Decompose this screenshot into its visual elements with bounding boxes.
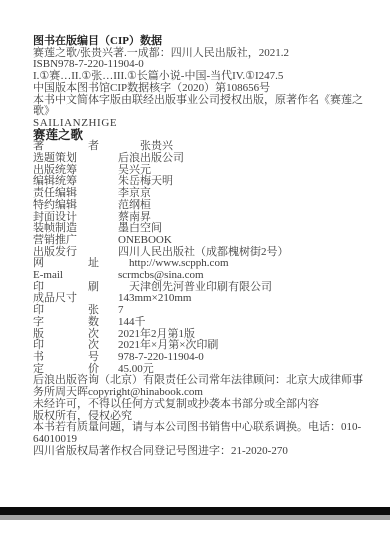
cip-line: 本书中文简体字版由联经出版事业公司授权出版，原著作名《赛莲之 [33,95,373,107]
colophon-row: 印 刷 天津创先河普业印刷有限公司 [33,282,373,294]
colophon-value: ONEBOOK [118,235,172,247]
colophon-label: 特约编辑 [33,200,118,212]
colophon-table: 著 者 张贵兴选题策划后浪出版公司出版统筹吴兴元编辑统筹朱岳梅天明责任编辑李京京… [33,141,373,375]
colophon-row: 责任编辑李京京 [33,188,373,200]
cip-line: 中国版本图书馆CIP数据核字（2020）第108656号 [33,83,373,95]
colophon-row: 字 数144千 [33,317,373,329]
legal-line: 64010019 [33,434,373,446]
colophon-row: E-mailscrmcbs@sina.com [33,270,373,282]
book-copyright-page: 图书在版编目（CIP）数据 赛莲之歌/张贵兴著.一成都：四川人民出版社，2021… [0,0,390,546]
cip-record: 赛莲之歌/张贵兴著.一成都：四川人民出版社，2021.2ISBN978-7-22… [33,48,373,118]
colophon-row: 封面设计蔡南昇 [33,212,373,224]
colophon-label: E-mail [33,270,118,282]
colophon-value: 143mm×210mm [118,293,191,305]
colophon-row: 书 号978-7-220-11904-0 [33,352,373,364]
colophon-value: 144千 [118,317,146,329]
colophon-row: 编辑统筹朱岳梅天明 [33,176,373,188]
cip-heading: 图书在版编目（CIP）数据 [33,36,373,48]
legal-line: 未经许可，不得以任何方式复制或抄袭本书部分或全部内容 [33,399,373,411]
colophon-value: 后浪出版公司 [118,153,184,165]
colophon-row: 装帧制造墨白空间 [33,223,373,235]
legal-line: 四川省版权局著作权合同登记号图进字：21-2020-270 [33,446,373,458]
legal-notices: 后浪出版咨询（北京）有限责任公司常年法律顾问：北京大成律师事务所周天晖copyr… [33,375,373,457]
colophon-value: 范纲桓 [118,200,151,212]
bottom-gray-bar [0,515,390,520]
colophon-label: 字 数 [33,317,118,329]
colophon-row: 出版统筹吴兴元 [33,165,373,177]
colophon-value: scrmcbs@sina.com [118,270,204,282]
colophon-row: 营销推广ONEBOOK [33,235,373,247]
pinyin-title: SAILIANZHIGE [33,118,373,130]
colophon-value: 978-7-220-11904-0 [118,352,204,364]
colophon-label: 选题策划 [33,153,118,165]
copyright-text-block: 图书在版编目（CIP）数据 赛莲之歌/张贵兴著.一成都：四川人民出版社，2021… [33,36,373,457]
colophon-label: 营销推广 [33,235,118,247]
colophon-row: 著 者 张贵兴 [33,141,373,153]
colophon-label: 书 号 [33,352,118,364]
colophon-row: 特约编辑范纲桓 [33,200,373,212]
legal-line: 本书若有质量问题，请与本公司图书销售中心联系调换。电话：010- [33,422,373,434]
bottom-black-bar [0,507,390,515]
colophon-row: 选题策划后浪出版公司 [33,153,373,165]
